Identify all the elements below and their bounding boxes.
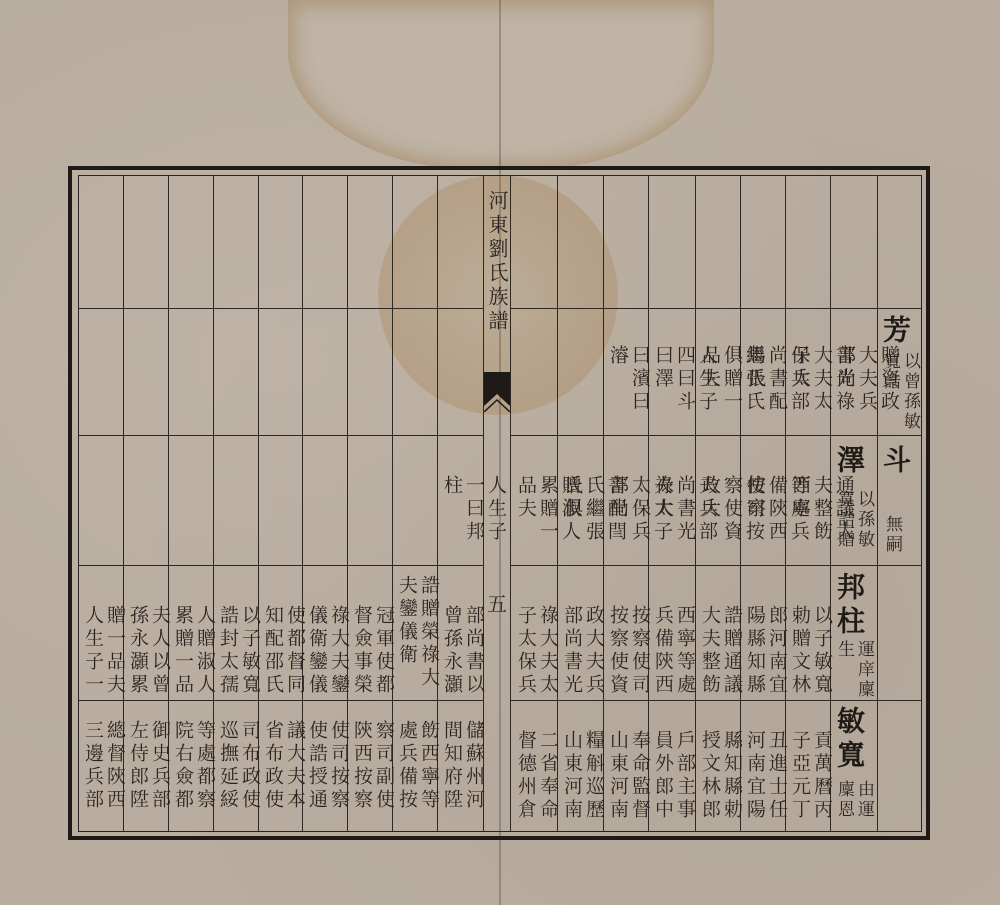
bio-column: 郎河南宜陽縣知縣: [744, 605, 788, 697]
bio-column: 御史兵部左侍郎陞: [127, 720, 171, 830]
person-name: 斗: [880, 445, 910, 479]
person-note: 由運廩恩: [834, 780, 874, 832]
bio-column: 部尚書以曾孫永灝: [441, 605, 485, 697]
bio-column: 誥贈榮祿大夫鑾儀衛: [396, 575, 440, 697]
bio-column: 以子敏寬勅贈文林: [789, 605, 833, 697]
bio-column: 議大夫本省布政使: [262, 720, 306, 830]
bio-column: 夫人以曾孫永灝累: [127, 605, 171, 697]
person-note: 無嗣: [882, 515, 902, 565]
person-name: 澤: [834, 445, 864, 479]
bio-column: 縣知縣勅授文林郎: [699, 730, 743, 830]
bio-column: 人贈淑人累贈一品: [172, 605, 216, 697]
bio-column: 曰濱曰濬: [607, 345, 651, 433]
bio-column: 誥贈通議大夫整飭: [699, 605, 743, 697]
bio-column: 奉命監督山東河南: [607, 730, 651, 830]
person-name: 芳: [880, 315, 910, 349]
bio-column: 贈一品夫人生子一: [82, 605, 126, 697]
row-line: [78, 308, 483, 309]
bio-column: 人生子一曰邦柱: [441, 475, 507, 563]
bio-column: 儲蘇州河間知府陞: [441, 720, 485, 830]
row-line: [511, 565, 922, 566]
bio-column: 使都督同知配邵氏: [262, 605, 306, 697]
bio-column: 以子敏寬誥封太孺: [217, 605, 261, 697]
row-line: [78, 700, 483, 701]
bio-column: 二省奉命督德州倉: [515, 730, 559, 830]
bio-column: 總督陝西三邊兵部: [82, 720, 126, 830]
bio-column: 使司按察使誥授通: [306, 720, 350, 830]
row-line: [511, 435, 922, 436]
row-line: [511, 700, 922, 701]
bio-column: 察司副使陝西按察: [351, 720, 395, 830]
bio-column: 祿大夫鑾儀衛鑾儀: [306, 605, 350, 697]
grid-line: [877, 175, 878, 832]
bio-column: 司布政使巡撫延綏: [217, 720, 261, 830]
row-line: [78, 565, 483, 566]
person-name: 敏寬: [834, 706, 864, 774]
bio-column: 冠軍使都督僉事榮: [351, 605, 395, 697]
bio-column: 贈淑人累贈一品夫: [515, 475, 581, 563]
person-note: 運庠廩生: [834, 640, 874, 700]
bio-column: 貢萬曆丙子亞元丁: [789, 730, 833, 830]
book-title: 河東劉氏族譜: [484, 190, 510, 334]
page-number: 五: [484, 588, 510, 617]
bio-column: 丑進士任河南宜陽: [744, 730, 788, 830]
row-line: [511, 308, 922, 309]
bio-column: 糧斛巡歷山東河南: [561, 730, 605, 830]
bio-column: 按察使司按察使資: [607, 605, 651, 697]
person-name: 邦柱: [834, 572, 864, 640]
row-line: [78, 435, 483, 436]
bio-column: 戶部主事員外郎中: [652, 730, 696, 830]
fishtail-mark-icon: [484, 372, 510, 412]
bio-column: 西寧等處兵備陝西: [652, 605, 696, 697]
bio-column: 人生子四曰斗曰澤: [652, 345, 718, 433]
bio-column: 飭西寧等處兵備按: [396, 720, 440, 830]
bio-column: 祿大夫太子太保兵: [515, 605, 559, 697]
bio-column: 等處都察院右僉都: [172, 720, 216, 830]
bio-column: 政大夫兵部尚書光: [561, 605, 605, 697]
